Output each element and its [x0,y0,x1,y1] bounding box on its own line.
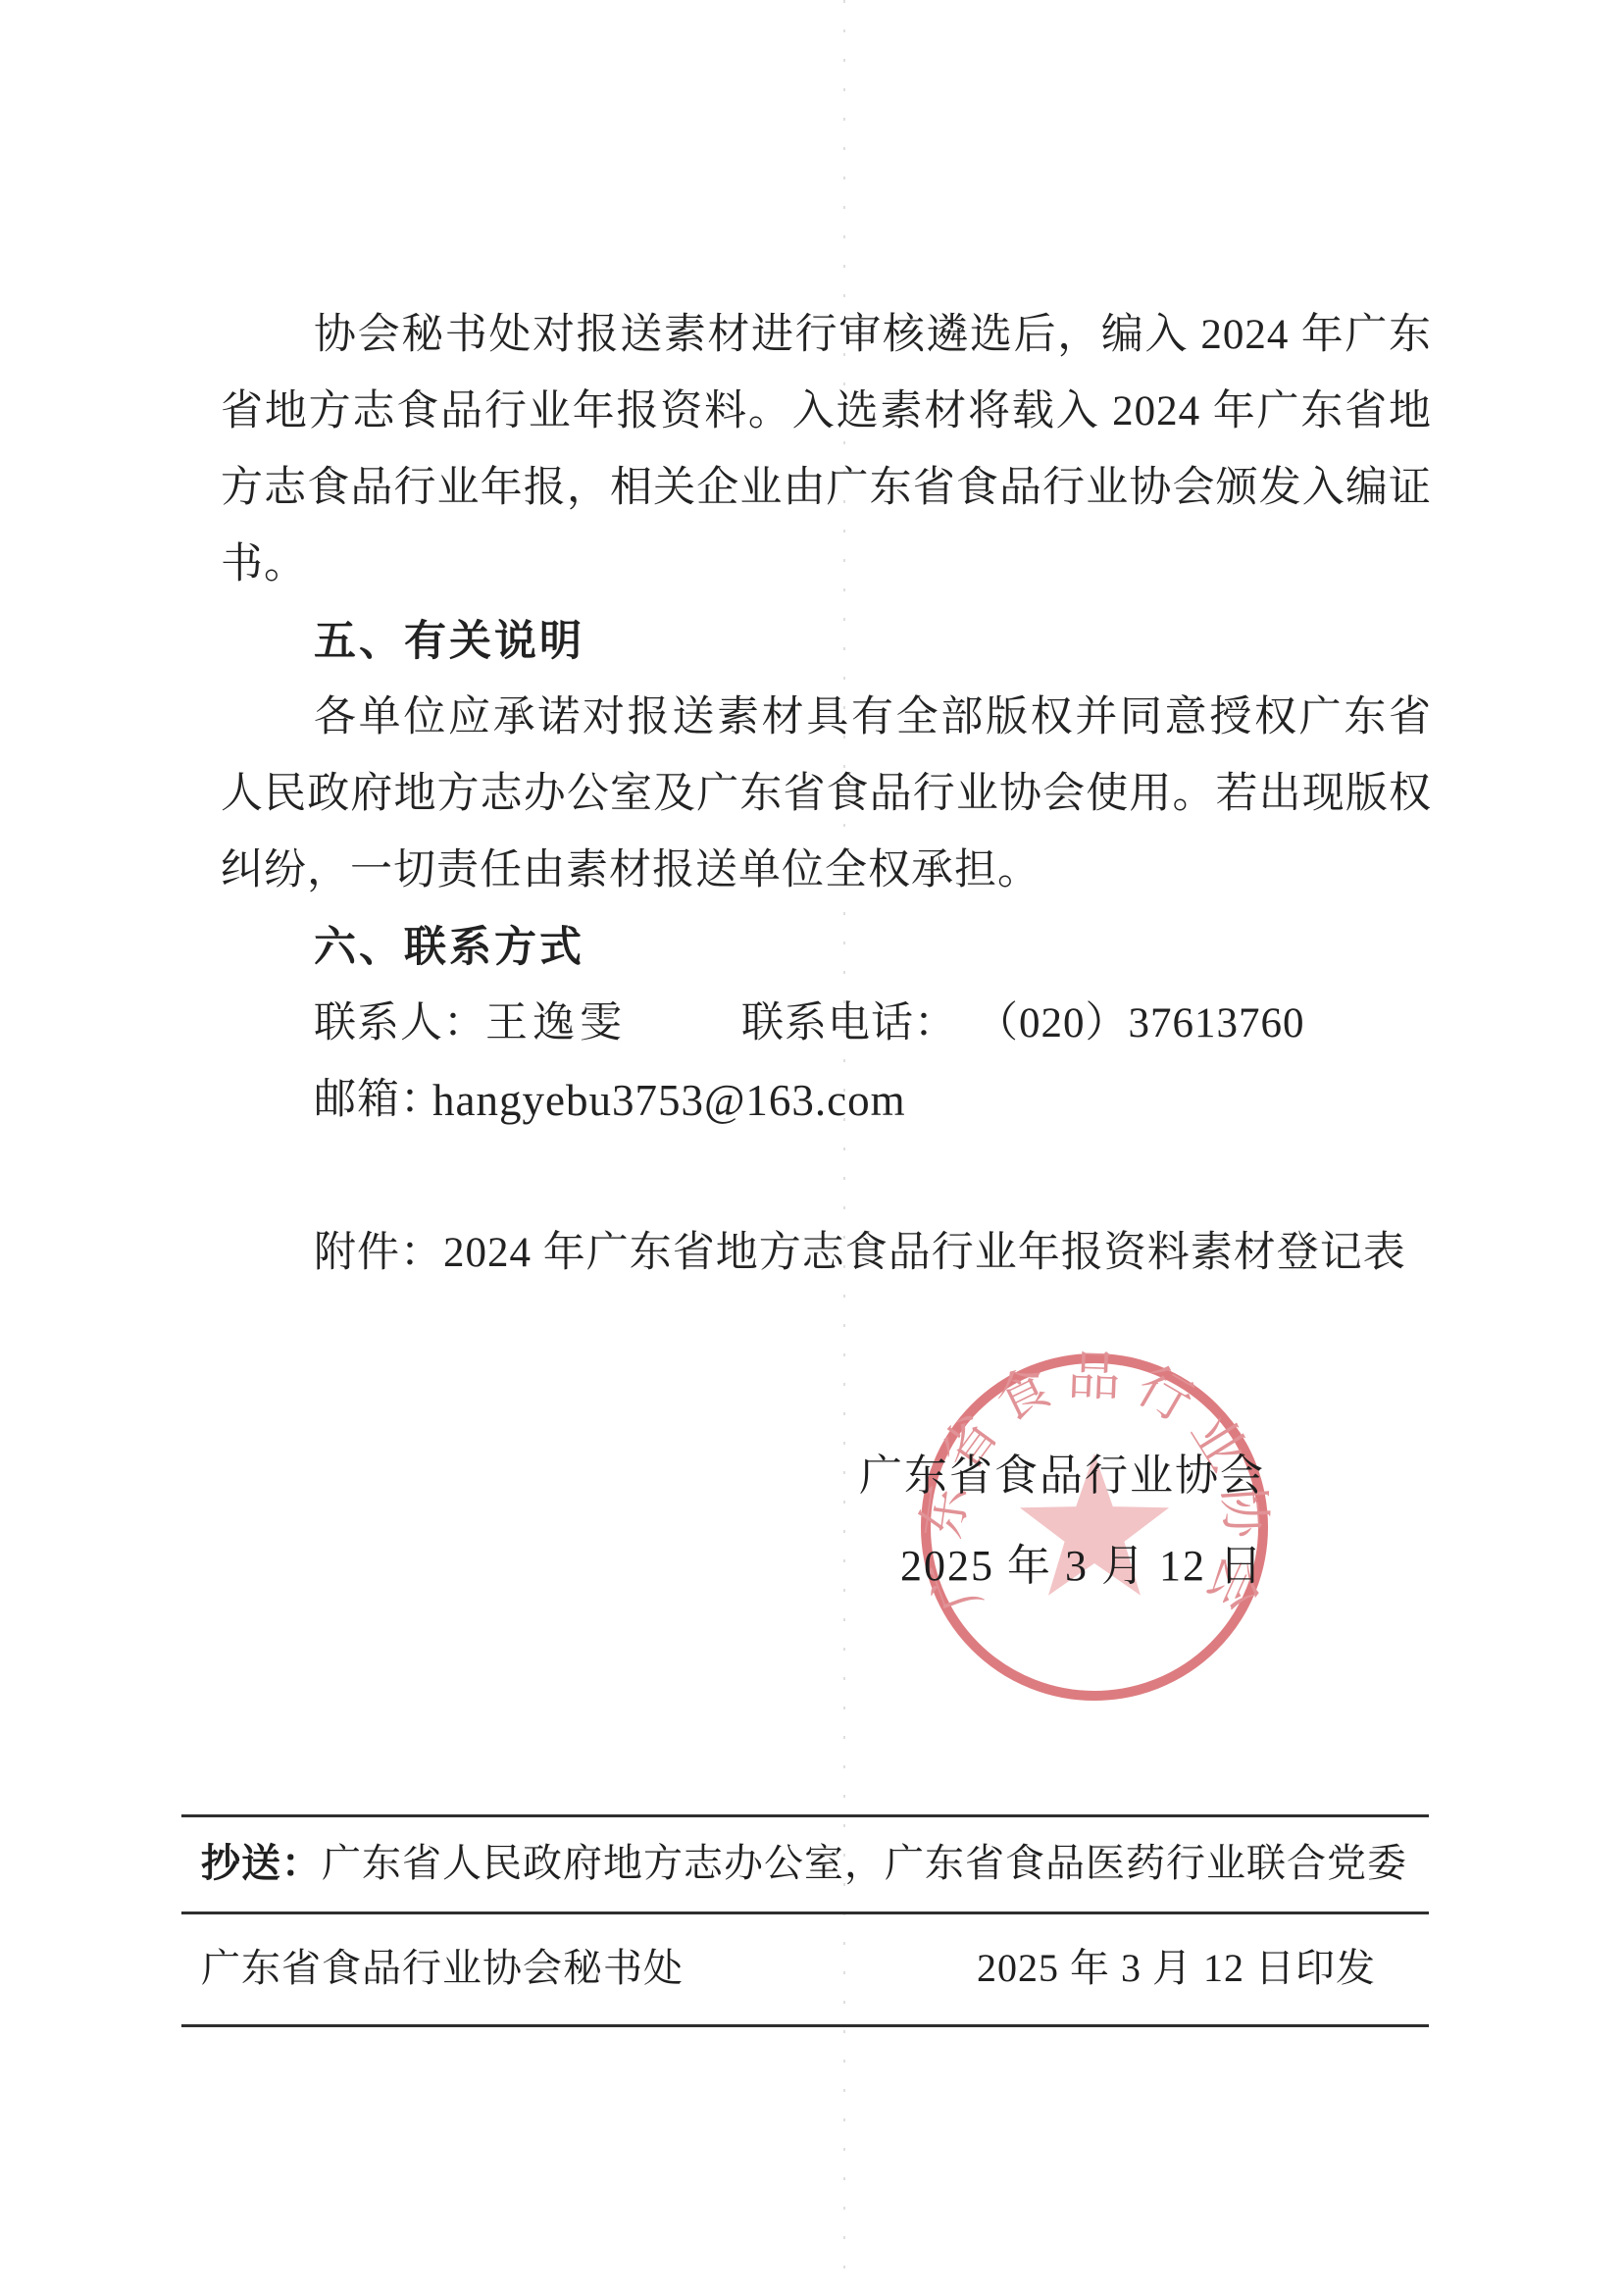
contact-row: 联系人： 王逸雯 联系电话： （020）37613760 [221,994,1432,1053]
body-line: 人民政府地方志办公室及广东省食品行业协会使用。若出现版权 [221,765,1432,824]
contact-person-label: 联系人： [314,994,486,1053]
signature-org: 广东省食品行业协会 [859,1449,1265,1504]
email-label: 邮箱： [314,1071,443,1130]
contact-phone-number: （020）37613760 [976,994,1305,1053]
footer-rule-top [181,1814,1429,1817]
attachment-line: 附件：2024 年广东省地方志食品行业年报资料素材登记表 [221,1224,1432,1283]
body-line: 各单位应承诺对报送素材具有全部版权并同意授权广东省 [221,688,1432,747]
email-row: 邮箱： hangyebu3753@163.com [221,1071,1432,1130]
section-heading-6: 六、联系方式 [221,918,1432,977]
contact-person-name: 王逸雯 [485,994,627,1053]
section-heading-5: 五、有关说明 [221,612,1432,671]
print-date: 2025 年 3 月 12 日印发 [977,1941,1376,1996]
body-line: 省地方志食品行业年报资料。入选素材将载入 2024 年广东省地 [221,382,1432,441]
cc-label: 抄送： [201,1842,322,1885]
document-page: 协会秘书处对报送素材进行审核遴选后，编入 2024 年广东 省地方志食品行业年报… [0,0,1624,2294]
body-line: 书。 [221,535,1432,594]
footer-rule-middle [181,1912,1429,1914]
body-line: 协会秘书处对报送素材进行审核遴选后，编入 2024 年广东 [221,306,1432,365]
signature-date: 2025 年 3 月 12 日 [900,1539,1264,1594]
official-seal: 广东省食品行业协会 [898,1331,1291,1723]
contact-phone-label: 联系电话： [741,994,957,1053]
body-line: 方志食品行业年报，相关企业由广东省食品行业协会颁发入编证 [221,459,1432,518]
cc-text: 广东省人民政府地方志办公室，广东省食品医药行业联合党委 [322,1841,1407,1885]
issuer-line: 广东省食品行业协会秘书处 [201,1941,684,1996]
footer-rule-bottom [181,2024,1429,2027]
email-address: hangyebu3753@163.com [432,1071,906,1130]
body-line: 纠纷，一切责任由素材报送单位全权承担。 [221,841,1432,900]
cc-line: 抄送：广东省人民政府地方志办公室，广东省食品医药行业联合党委 [201,1836,1407,1891]
